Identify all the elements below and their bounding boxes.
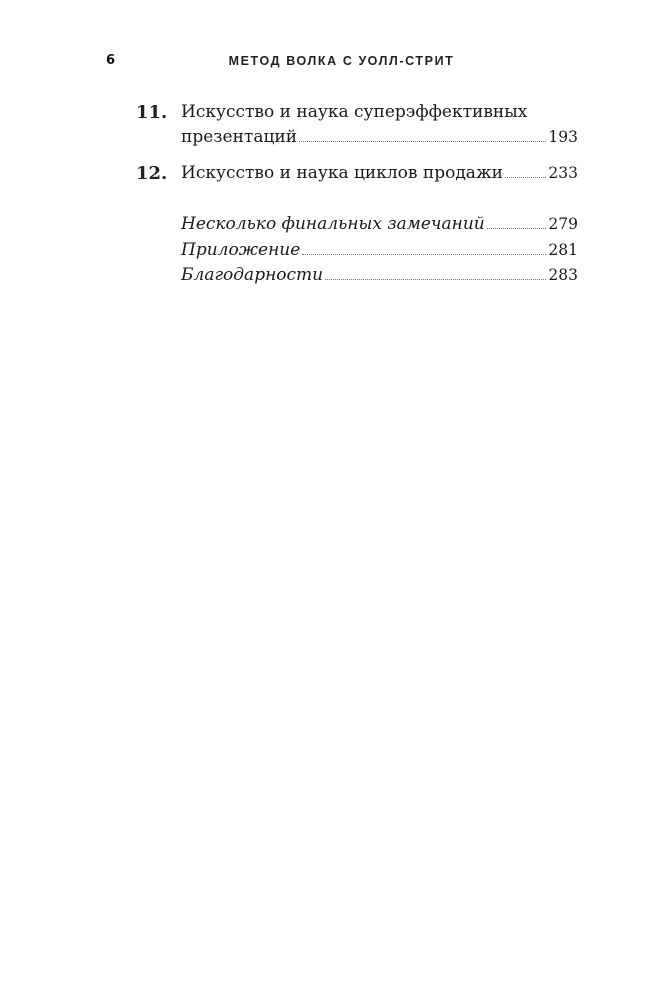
dot-leader bbox=[302, 254, 546, 255]
dot-leader bbox=[487, 228, 547, 229]
running-header: МЕТОД ВОЛКА С УОЛЛ-СТРИТ bbox=[0, 54, 671, 68]
dot-leader bbox=[299, 141, 546, 142]
toc-title-line: Искусство и наука циклов продажи 233 bbox=[181, 161, 578, 186]
page-reference: 233 bbox=[548, 161, 578, 186]
toc-title-line: презентаций 193 bbox=[181, 125, 578, 150]
chapter-number: 12. bbox=[136, 161, 167, 186]
page-reference: 281 bbox=[548, 238, 578, 264]
page-reference: 193 bbox=[548, 125, 578, 150]
toc-entry-acknowledgements[interactable]: Благодарности 283 bbox=[181, 263, 578, 289]
toc-entry-final-remarks[interactable]: Несколько финальных замечаний 279 bbox=[181, 212, 578, 238]
section-title: Приложение bbox=[181, 238, 300, 264]
table-of-contents: 11. Искусство и наука суперэффективных п… bbox=[136, 100, 578, 289]
chapter-title: Искусство и наука циклов продажи bbox=[181, 161, 503, 186]
page-reference: 283 bbox=[548, 263, 578, 289]
dot-leader bbox=[505, 177, 546, 178]
chapter-number: 11. bbox=[136, 100, 167, 125]
dot-leader bbox=[325, 279, 546, 280]
backmatter-list: Несколько финальных замечаний 279 Прилож… bbox=[136, 212, 578, 289]
toc-entry-chapter-11[interactable]: 11. Искусство и наука суперэффективных п… bbox=[136, 100, 578, 150]
toc-title-line: Искусство и наука суперэффективных bbox=[181, 100, 578, 125]
section-title: Несколько финальных замечаний bbox=[181, 212, 485, 238]
chapter-title: Искусство и наука суперэффективных bbox=[181, 100, 527, 125]
page-reference: 279 bbox=[548, 212, 578, 238]
toc-entry-chapter-12[interactable]: 12. Искусство и наука циклов продажи 233 bbox=[136, 161, 578, 186]
section-title: Благодарности bbox=[181, 263, 323, 289]
toc-entry-appendix[interactable]: Приложение 281 bbox=[181, 238, 578, 264]
chapter-title-continued: презентаций bbox=[181, 125, 297, 150]
